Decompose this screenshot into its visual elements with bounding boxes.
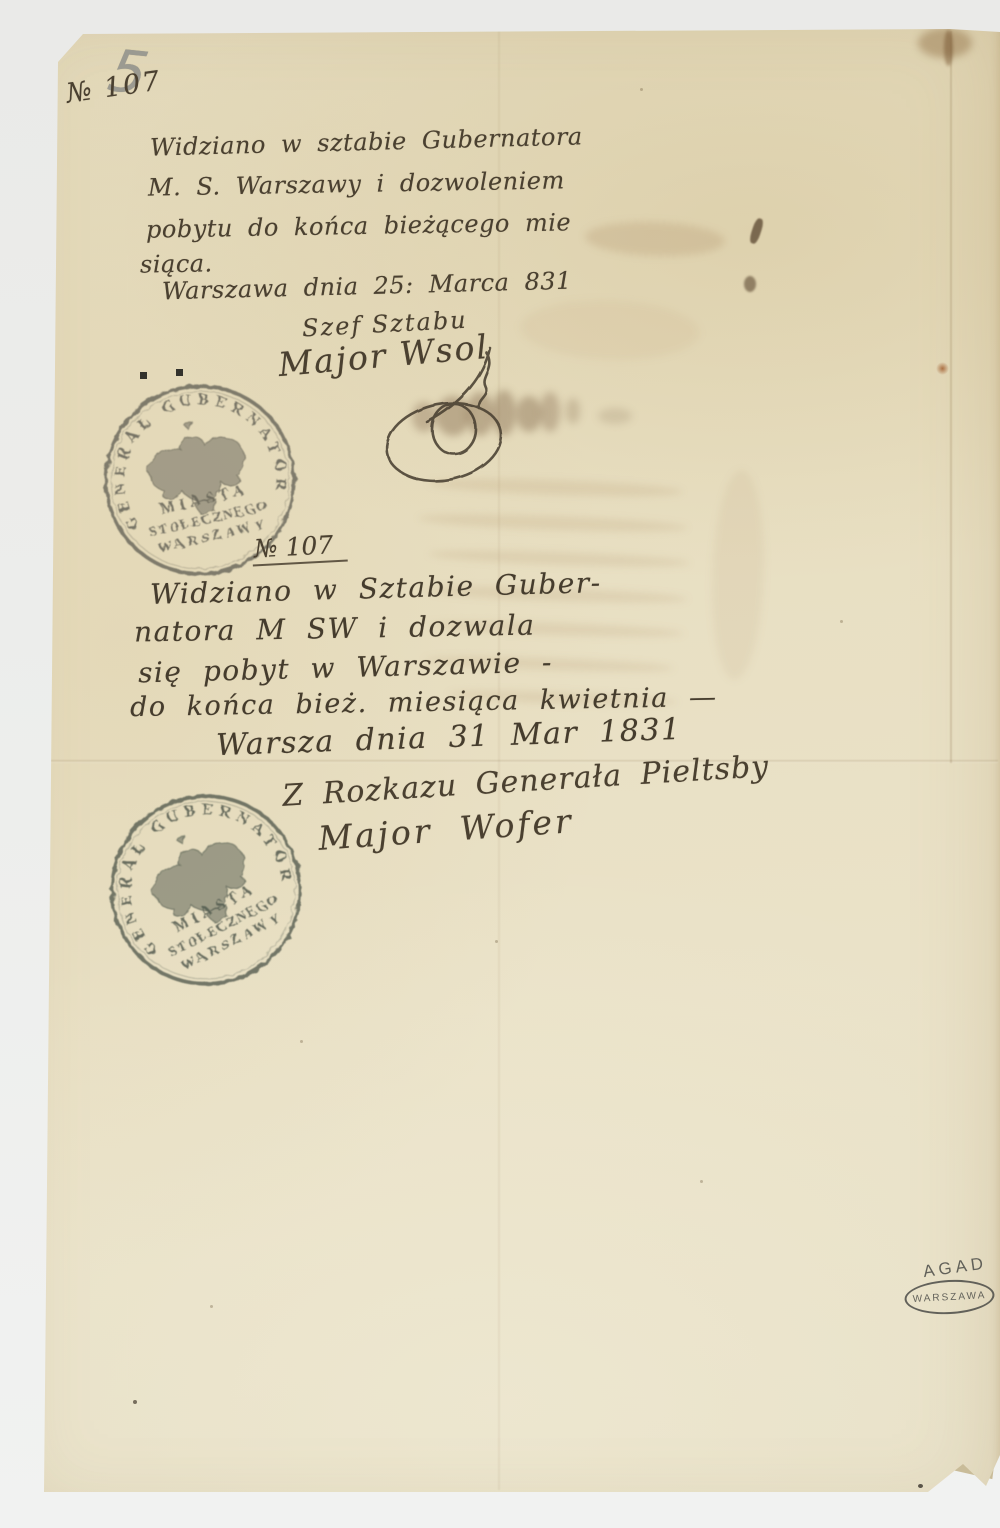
bleed-through-wash [708,469,767,681]
document-page: 5 № 107 Widziano w sztabie Gubernatora M… [0,0,1000,1528]
note1-line: M. S. Warszawy i dozwoleniem [148,166,565,201]
note1-line: pobytu do końca bieżącego mie [146,208,572,243]
paper-speck [210,1305,213,1308]
scan-background: 5 № 107 Widziano w sztabie Gubernatora M… [0,0,1000,1528]
ink-speck [744,276,756,292]
gubernator-stamp-1: GENERAŁ GUBERNATOR MIASTA STOŁECZNEGO WA… [78,358,323,603]
agad-stamp-label: AGAD [922,1253,988,1282]
ink-speck [748,217,765,245]
agad-stamp-place: WARSZAWA [912,1290,986,1305]
fold-line-horizontal [42,760,998,763]
fold-line-vertical-right [950,31,952,763]
note1-dateline: Warszawa dnia 25: Marca 831 [162,267,572,306]
paper-speck [133,1400,137,1404]
paper-speck [640,88,643,91]
note1-line: Widziano w sztabie Gubernatora [150,122,583,161]
signature2-name: Major Wofer [317,801,575,858]
note2-line: natora M SW i dozwala [134,608,536,648]
fold-stain [944,30,953,66]
note2-line: się pobyt w Warszawie - [138,646,554,690]
agad-stamp-oval: WARSZAWA [904,1278,996,1317]
ink-smudge [598,408,632,424]
bleed-through-smudge [584,220,725,259]
paper-speck [918,1484,923,1488]
ink-speck [176,369,183,376]
agad-stamp: AGAD WARSZAWA [901,1256,1000,1319]
paper-speck [495,940,498,943]
fold-stain [918,28,972,58]
ink-speck [140,372,147,379]
paper-speck [700,1180,703,1183]
registry-number-top: № 107 [64,65,163,109]
paper-speck [840,620,843,623]
fold-line-vertical-center [498,31,500,1490]
note1-line: siąca. [140,249,213,278]
paper-speck [300,1040,303,1043]
signature-flourish [372,330,582,520]
rust-stain [936,362,949,375]
note2-number: № 107 [251,530,348,567]
